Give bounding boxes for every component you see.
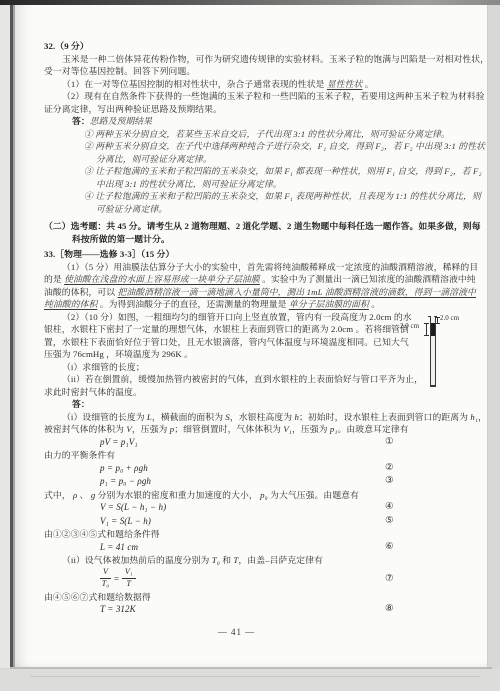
text-line: 32.（9 分） — [44, 40, 478, 53]
fraction: V₁T — [122, 568, 136, 588]
text-line: 由①②③④⑤式和题给条件得 — [44, 528, 478, 541]
text-line: 油酸的体积，可以 把油酸酒精溶液一滴一滴地滴入小量筒中，测出 1mL 油酸酒精溶… — [44, 286, 478, 299]
answer-blank: 纯油酸的体积 — [44, 299, 97, 309]
formula-line: L = 41 cm⑥ — [44, 541, 478, 555]
glass-tube — [430, 317, 436, 387]
text-span: 思路及预期结果 — [90, 116, 152, 126]
text-line: （1）在一对等位基因控制的相对性状中，杂合子通常表现的性状是 显性性状 。 — [44, 78, 478, 91]
measure-cap — [424, 323, 429, 324]
text-line: 分离比，则可验证分离定律。 — [44, 153, 478, 166]
measure-cap — [424, 335, 429, 336]
text-span: ρ — [73, 490, 77, 500]
equation-number: ③ — [385, 475, 394, 489]
formula-line: p = p₀ + ρgh② — [44, 462, 478, 476]
text-span: V — [126, 424, 131, 434]
equation-number: ④ — [385, 501, 394, 515]
text-line: 玉米是一种二倍体异花传粉作物，可作为研究遗传规律的实验材料。玉米子粒的饱满与凹陷… — [44, 53, 478, 66]
text-span: p — [170, 424, 175, 434]
text-line: 由④⑤⑥⑦式和题给数据得 — [44, 591, 478, 604]
mercury-column — [431, 323, 435, 336]
formula-line: T = 312K⑧ — [44, 603, 478, 617]
text-line: 纯油酸的体积 。为得到油酸分子的直径，还需测量的物理量是 单分子层油膜的面积 。 — [44, 298, 478, 311]
tube-figure: 2.0 cm 2.0 cm — [403, 313, 473, 408]
equation-number: ② — [385, 462, 394, 476]
answer-blank: 使油酸在浅盘的水面上容易形成一块单分子层油膜 — [64, 274, 260, 284]
text-span: p₀ — [260, 490, 268, 500]
text-span: h₁ — [470, 412, 478, 422]
text-line: ② 两种玉米分别自交，在子代中选择两种纯合子进行杂交，F₁ 自交，得到 F₂，若… — [44, 140, 478, 153]
text-span: h — [294, 412, 299, 422]
equation-number: ⑤ — [385, 515, 394, 529]
opening-distance-label: 2.0 cm — [440, 314, 459, 322]
formula-line: VT₀ = V₁T⑦ — [44, 567, 478, 591]
text-line: （ii）设气体被加热前后的温度分别为 T₀ 和 T，由盖–吕萨克定律有 — [44, 554, 478, 567]
measure-cap — [435, 323, 440, 324]
text-span: S — [225, 412, 230, 422]
text-span: V₁ — [283, 424, 292, 434]
formula-line: p₁ = p₀ − ρgh③ — [44, 475, 478, 489]
equation-number: ⑥ — [385, 541, 394, 555]
text-line: 科按所做的第一题计分。 — [44, 233, 478, 246]
scan-right-edge-line — [487, 5, 488, 668]
scan-left-margin — [0, 5, 10, 668]
text-span: g — [91, 490, 96, 500]
formula-line: pV = p₁V₁① — [44, 436, 478, 450]
answer-blank: 显性性状 — [327, 79, 363, 89]
text-line: 可验证分离定律。 — [44, 203, 478, 216]
text-span: p₁ — [330, 424, 338, 434]
text-line: ③ 让子粒饱满的玉米和子粒凹陷的玉米杂交，如果 F₁ 都表现一种性状，则用 F₁… — [44, 165, 478, 178]
text-line: （i）设细管的长度为 L，横截面的面积为 S，水银柱高度为 h；初始时，设水银柱… — [44, 411, 478, 424]
scan-left-edge-highlight — [13, 5, 15, 668]
text-line: ④ 让子粒饱满的玉米和子粒凹陷的玉米杂交，如果 F₁ 表现两种性状，且表现为 1… — [44, 190, 478, 203]
scanned-exam-page: 32.（9 分）玉米是一种二倍体异花传粉作物，可作为研究遗传规律的实验材料。玉米… — [0, 0, 500, 691]
text-line: 式中， ρ 、 g 分别为水银的密度和重力加速度的大小， p₀ 为大气压强。由题… — [44, 489, 478, 502]
text-line: 受一对等位基因控制。回答下列问题。 — [44, 65, 478, 78]
equation-number: ① — [385, 436, 394, 450]
text-line: （二）选考题：共 45 分。请考生从 2 道物理题、2 道化学题、2 道生物题中… — [44, 220, 478, 233]
text-line: 由力的平衡条件有 — [44, 449, 478, 462]
text-span: 答： — [72, 116, 90, 126]
answer-blank: 单分子层油膜的面积 — [289, 299, 369, 309]
answer-blank: 把油酸酒精溶液一滴一滴地滴入小量筒中，测出 1mL 油酸酒精溶液的滴数，得到一滴… — [117, 287, 475, 297]
text-span: L — [147, 412, 152, 422]
text-line: （2）现有在自然条件下获得的一些饱满的玉米子粒和一些凹陷的玉米子粒，若要用这两种… — [44, 90, 478, 103]
text-span: T₀ — [212, 555, 220, 565]
formula-line: V₁ = S(L − h)⑤ — [44, 515, 478, 529]
fraction: VT₀ — [100, 568, 111, 588]
page-number: — 41 — — [0, 627, 473, 637]
scan-bottom-shadow — [30, 676, 480, 677]
text-line: 33.［物理——选修 3-3］（15 分） — [44, 248, 478, 261]
scan-top-edge — [0, 0, 500, 5]
scan-bottom-margin — [0, 669, 500, 691]
mercury-height-label: 2.0 cm — [400, 322, 419, 330]
equation-number: ⑦ — [385, 567, 394, 591]
text-line: ① 两种玉米分别自交，若某些玉米自交后，子代出现 3:1 的性状分离比，则可验证… — [44, 128, 478, 141]
equation-number: ⑧ — [385, 603, 394, 617]
text-span: T — [233, 555, 238, 565]
formula-line: V = S(L − h₁ − h)④ — [44, 501, 478, 515]
text-line: 证分离定律，写出两种验证思路及预期结果。 — [44, 103, 478, 116]
text-line: 被密封气体的体积为 V，压强为 p；细管倒置时，气体体积为 V₁，压强为 p₁。… — [44, 423, 478, 436]
text-line: 答：思路及预期结果 — [44, 115, 478, 128]
text-line: （1）（5 分）用油膜法估算分子大小的实验中，首先需将纯油酸稀释成一定浓度的油酸… — [44, 261, 478, 274]
text-line: 中出现 3:1 的性状分离比，则可验证分离定律。 — [44, 178, 478, 191]
text-line: 的是 使油酸在浅盘的水面上容易形成一块单分子层油膜 。实验中为了测量出一滴已知浓… — [44, 273, 478, 286]
text-span: 答： — [72, 399, 90, 409]
